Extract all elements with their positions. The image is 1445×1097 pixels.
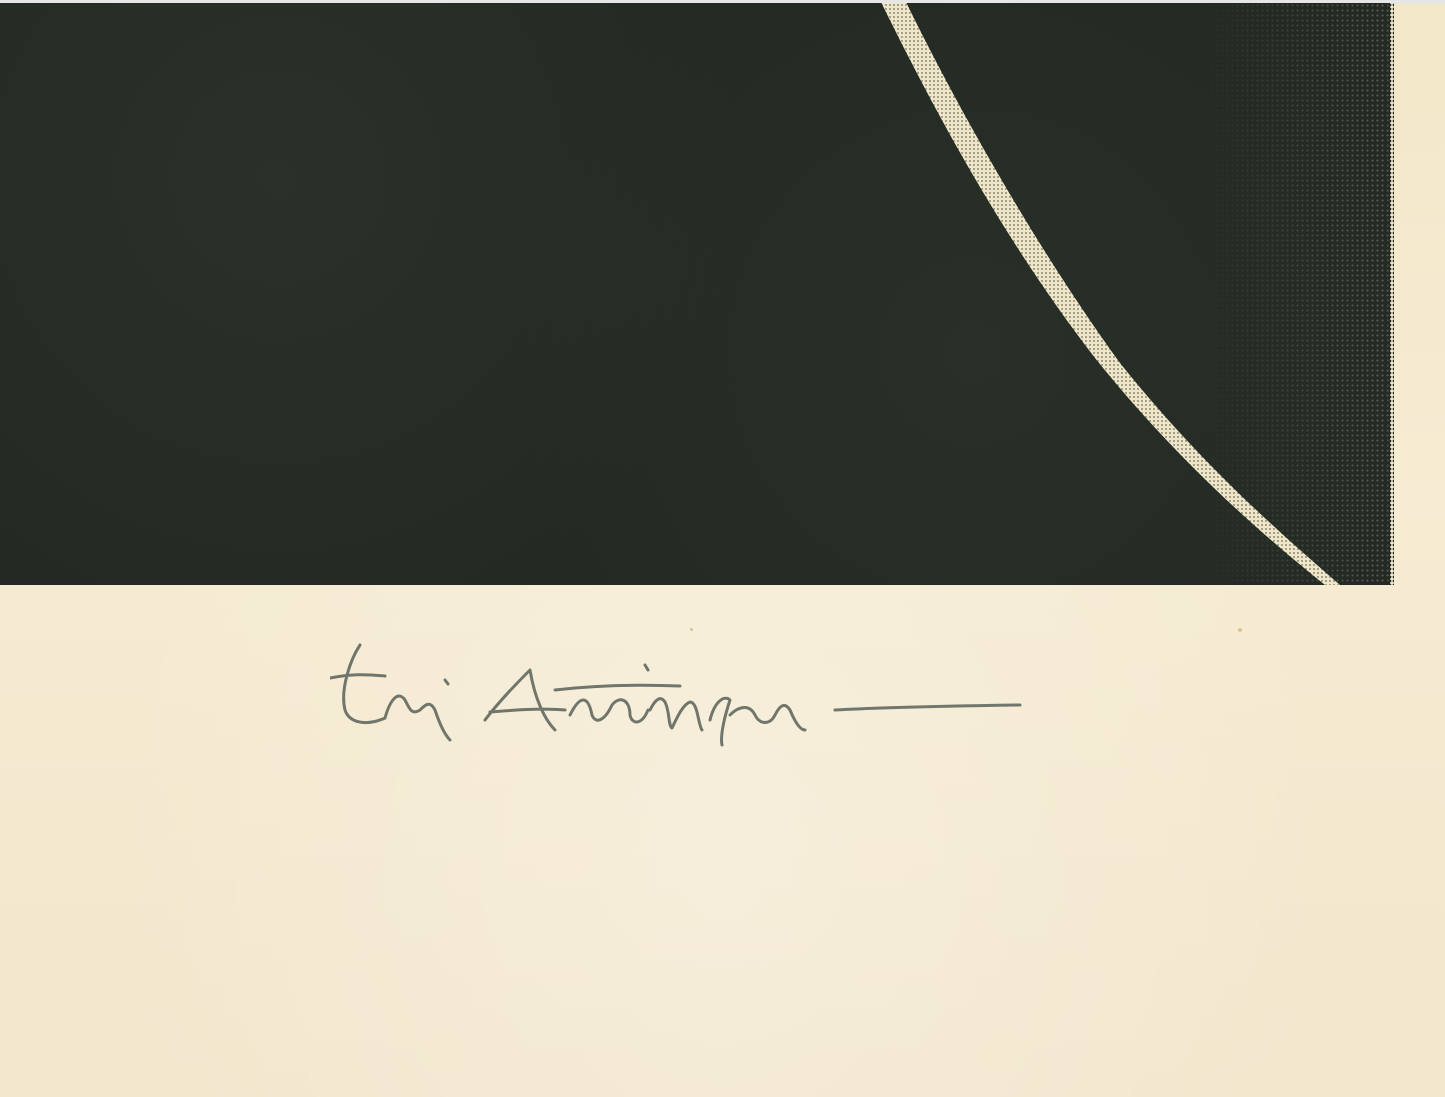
signature-text: Eric Atkinson — [330, 640, 331, 641]
signature-strokes [330, 640, 1370, 750]
paper-speck [1238, 628, 1242, 632]
print-image-area [0, 3, 1390, 585]
pencil-signature: Eric Atkinson — [330, 640, 1370, 750]
curved-light-stroke [0, 3, 1390, 585]
print-right-edge [1384, 3, 1394, 585]
paper-speck [690, 628, 693, 631]
